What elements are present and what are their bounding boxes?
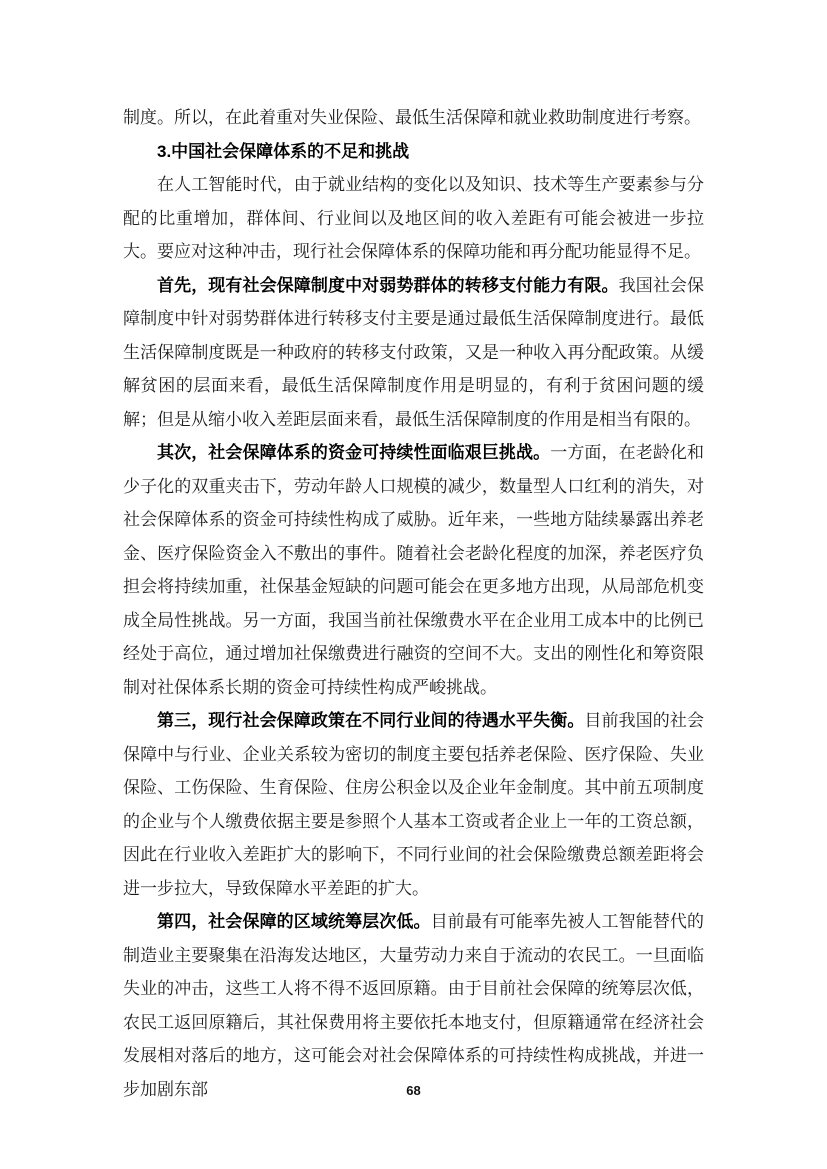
- paragraph-overview: 在人工智能时代，由于就业结构的变化以及知识、技术等生产要素参与分配的比重增加，群…: [123, 168, 704, 269]
- page-number: 68: [0, 1083, 827, 1098]
- paragraph-text: 制度。所以，在此着重对失业保险、最低生活保障和就业救助制度进行考察。: [123, 108, 701, 127]
- paragraph-fourth-point: 第四，社会保障的区域统筹层次低。目前最有可能率先被人工智能替代的制造业主要聚集在…: [123, 905, 704, 1106]
- paragraph-text: 目前我国的社会保障中与行业、企业关系较为密切的制度主要包括养老保险、医疗保险、失…: [123, 711, 704, 898]
- paragraph-third-point: 第三，现行社会保障政策在不同行业间的待遇水平失衡。目前我国的社会保障中与行业、企…: [123, 704, 704, 905]
- paragraph-text: 我国社会保障制度中针对弱势群体进行转移支付主要是通过最低生活保障制度进行。最低生…: [123, 276, 704, 429]
- document-page: 制度。所以，在此着重对失业保险、最低生活保障和就业救助制度进行考察。 3.中国社…: [0, 0, 827, 1169]
- paragraph-first-point: 首先，现有社会保障制度中对弱势群体的转移支付能力有限。我国社会保障制度中针对弱势…: [123, 269, 704, 437]
- paragraph-lead: 首先，现有社会保障制度中对弱势群体的转移支付能力有限。: [157, 276, 619, 295]
- document-body: 制度。所以，在此着重对失业保险、最低生活保障和就业救助制度进行考察。 3.中国社…: [123, 101, 704, 1106]
- paragraph-lead: 其次，社会保障体系的资金可持续性面临艰巨挑战。: [157, 443, 550, 462]
- paragraph-lead: 第三，现行社会保障政策在不同行业间的待遇水平失衡。: [157, 711, 584, 730]
- paragraph-text: 在人工智能时代，由于就业结构的变化以及知识、技术等生产要素参与分配的比重增加，群…: [123, 175, 704, 261]
- section-heading: 3.中国社会保障体系的不足和挑战: [123, 135, 704, 169]
- paragraph-text: 一方面，在老龄化和少子化的双重夹击下，劳动年龄人口规模的减少，数量型人口红利的消…: [123, 443, 704, 697]
- paragraph-text: 目前最有可能率先被人工智能替代的制造业主要聚集在沿海发达地区，大量劳动力来自于流…: [123, 912, 704, 1099]
- paragraph-continuation: 制度。所以，在此着重对失业保险、最低生活保障和就业救助制度进行考察。: [123, 101, 704, 135]
- paragraph-lead: 第四，社会保障的区域统筹层次低。: [157, 912, 431, 931]
- paragraph-second-point: 其次，社会保障体系的资金可持续性面临艰巨挑战。一方面，在老龄化和少子化的双重夹击…: [123, 436, 704, 704]
